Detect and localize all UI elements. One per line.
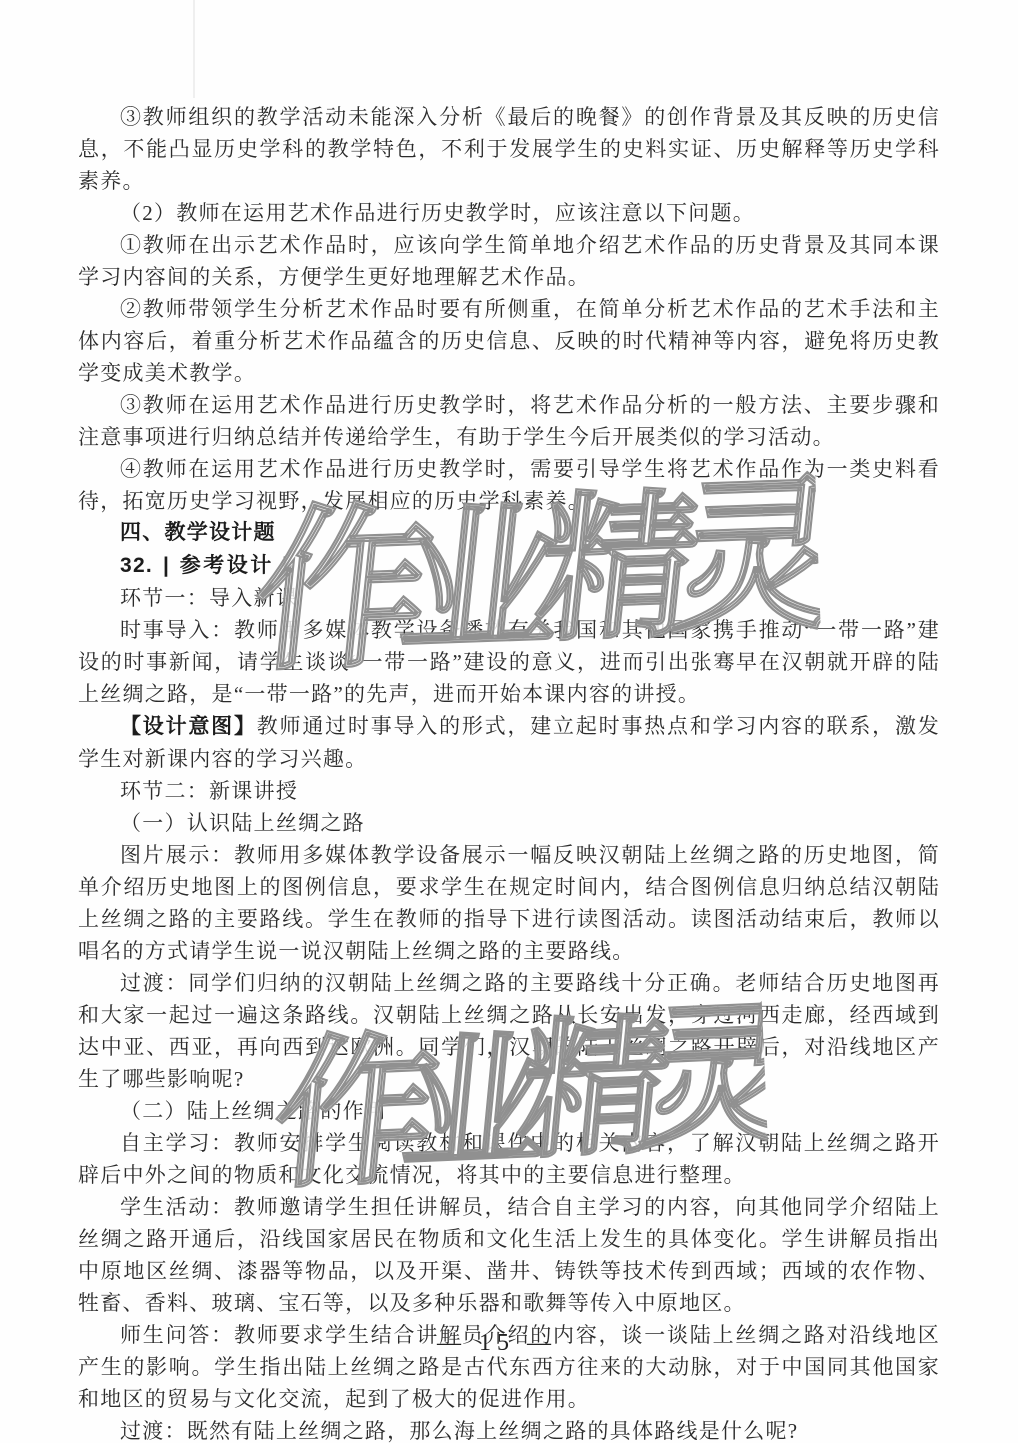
paragraph: ④教师在运用艺术作品进行历史教学时，需要引导学生将艺术作品作为一类史料看待，拓宽… [78, 453, 940, 517]
paragraph: （2）教师在运用艺术作品进行历史教学时，应该注意以下问题。 [78, 197, 940, 229]
section-heading: 四、教学设计题 [78, 517, 940, 549]
paragraph: （一）认识陆上丝绸之路 [78, 807, 940, 839]
paragraph: （二）陆上丝绸之路的作用 [78, 1095, 940, 1127]
paragraph: 过渡：同学们归纳的汉朝陆上丝绸之路的主要路线十分正确。老师结合历史地图再和大家一… [78, 967, 940, 1095]
document-page: ③教师组织的教学活动未能深入分析《最后的晚餐》的创作背景及其反映的历史信息，不能… [0, 0, 1018, 1443]
scan-artifact-line [193, 0, 195, 98]
text-block: ③教师组织的教学活动未能深入分析《最后的晚餐》的创作背景及其反映的历史信息，不能… [78, 101, 940, 1443]
paragraph: 过渡：既然有陆上丝绸之路，那么海上丝绸之路的具体路线是什么呢? [78, 1415, 940, 1443]
page-number: — 15 — [0, 1330, 994, 1357]
paragraph: ②教师带领学生分析艺术作品时要有所侧重，在简单分析艺术作品的艺术手法和主体内容后… [78, 293, 940, 389]
question-line: 32.| 参考设计 | [78, 549, 940, 582]
question-number: 32. [120, 554, 153, 577]
paragraph: 时事导入：教师用多媒体教学设备播放有关我国和其他国家携手推动“一带一路”建设的时… [78, 614, 940, 710]
design-intent-paragraph: 【设计意图】教师通过时事导入的形式，建立起时事热点和学习内容的联系，激发学生对新… [78, 710, 940, 775]
question-label: | 参考设计 | [163, 554, 291, 577]
paragraph: 环节一：导入新课 [78, 582, 940, 614]
paragraph: ③教师在运用艺术作品进行历史教学时，将艺术作品分析的一般方法、主要步骤和注意事项… [78, 389, 940, 453]
paragraph: ③教师组织的教学活动未能深入分析《最后的晚餐》的创作背景及其反映的历史信息，不能… [78, 101, 940, 197]
paragraph: ①教师在出示艺术作品时，应该向学生简单地介绍艺术作品的历史背景及其同本课学习内容… [78, 229, 940, 293]
paragraph: 自主学习：教师安排学生阅读教材和课件中的相关内容，了解汉朝陆上丝绸之路开辟后中外… [78, 1127, 940, 1191]
design-intent-label: 【设计意图】 [120, 715, 257, 738]
paragraph: 环节二：新课讲授 [78, 775, 940, 807]
paragraph: 图片展示：教师用多媒体教学设备展示一幅反映汉朝陆上丝绸之路的历史地图，简单介绍历… [78, 839, 940, 967]
paragraph: 学生活动：教师邀请学生担任讲解员，结合自主学习的内容，向其他同学介绍陆上丝绸之路… [78, 1191, 940, 1319]
